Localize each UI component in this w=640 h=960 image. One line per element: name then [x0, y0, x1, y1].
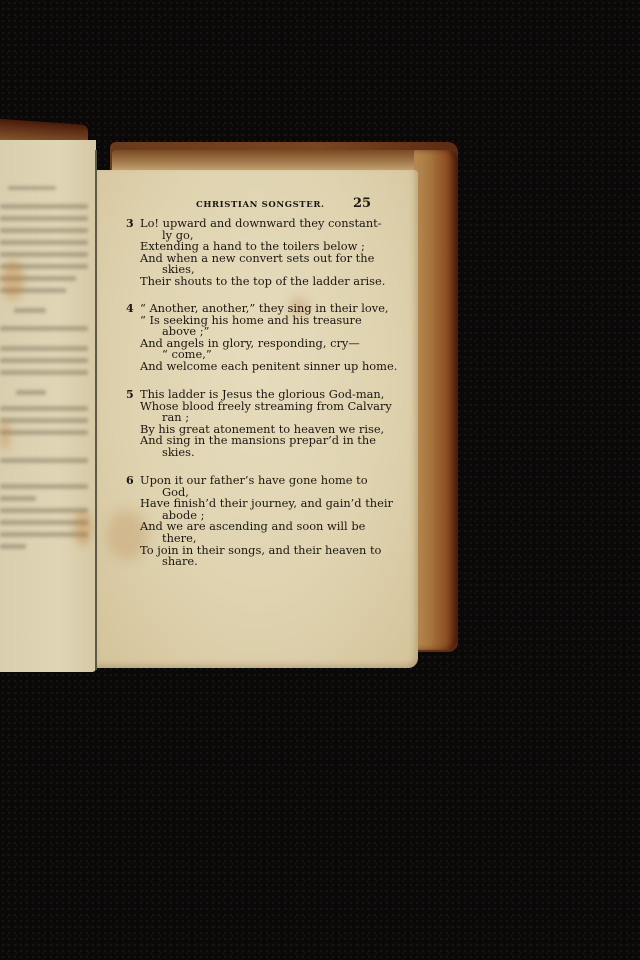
verse-6: 6 Upon it our father’s have gone home to…: [127, 475, 372, 568]
left-page-text-line: [0, 544, 26, 549]
left-page-text-line: [0, 252, 88, 257]
left-page-text-line: [0, 418, 88, 423]
left-page-text-line: [0, 484, 88, 489]
page-stain: [74, 510, 92, 546]
left-page: [0, 140, 96, 672]
left-page-text-line: [0, 430, 88, 435]
left-page-text-line: [0, 406, 88, 411]
verse-line: skies.: [127, 447, 372, 459]
verse-line: And welcome each penitent sinner up home…: [127, 361, 372, 373]
verse-number: 3: [126, 218, 134, 230]
left-page-running-head: [8, 186, 56, 190]
verse-number: 5: [126, 389, 134, 401]
left-page-text-line: [0, 458, 88, 463]
left-page-text-line: [0, 346, 88, 351]
right-page: CHRISTIAN SONGSTER. 25 3 Lo! upward and …: [97, 170, 418, 668]
running-head-title: CHRISTIAN SONGSTER.: [196, 200, 325, 210]
verse-5: 5 This ladder is Jesus the glorious God-…: [127, 389, 372, 459]
left-page-text-line: [0, 496, 36, 501]
left-page-text-line: [0, 370, 88, 375]
page-number: 25: [353, 196, 371, 211]
left-page-section-title: [14, 308, 46, 313]
left-page-chorus-label: [16, 390, 46, 395]
verse-3: 3 Lo! upward and downward they constant-…: [127, 218, 372, 288]
left-page-text-line: [0, 508, 88, 513]
left-page-text-line: [0, 228, 88, 233]
verse-4: 4 “ Another, another,” they sing in thei…: [127, 303, 372, 373]
page-block-top-edge: [112, 150, 432, 172]
page-stain: [0, 420, 10, 450]
left-page-text-line: [0, 358, 88, 363]
left-page-text-line: [0, 204, 88, 209]
running-head: CHRISTIAN SONGSTER. 25: [97, 196, 418, 214]
left-page-text-line: [0, 240, 88, 245]
book-photo: CHRISTIAN SONGSTER. 25 3 Lo! upward and …: [0, 0, 640, 960]
verse-line: Their shouts to the top of the ladder ar…: [127, 276, 372, 288]
left-page-text-line: [0, 326, 88, 331]
verse-number: 6: [126, 475, 134, 487]
book-fore-edge: [414, 150, 458, 650]
left-page-text-line: [0, 216, 88, 221]
verse-number: 4: [126, 303, 134, 315]
page-stain: [2, 260, 24, 300]
verse-line: share.: [127, 556, 372, 568]
